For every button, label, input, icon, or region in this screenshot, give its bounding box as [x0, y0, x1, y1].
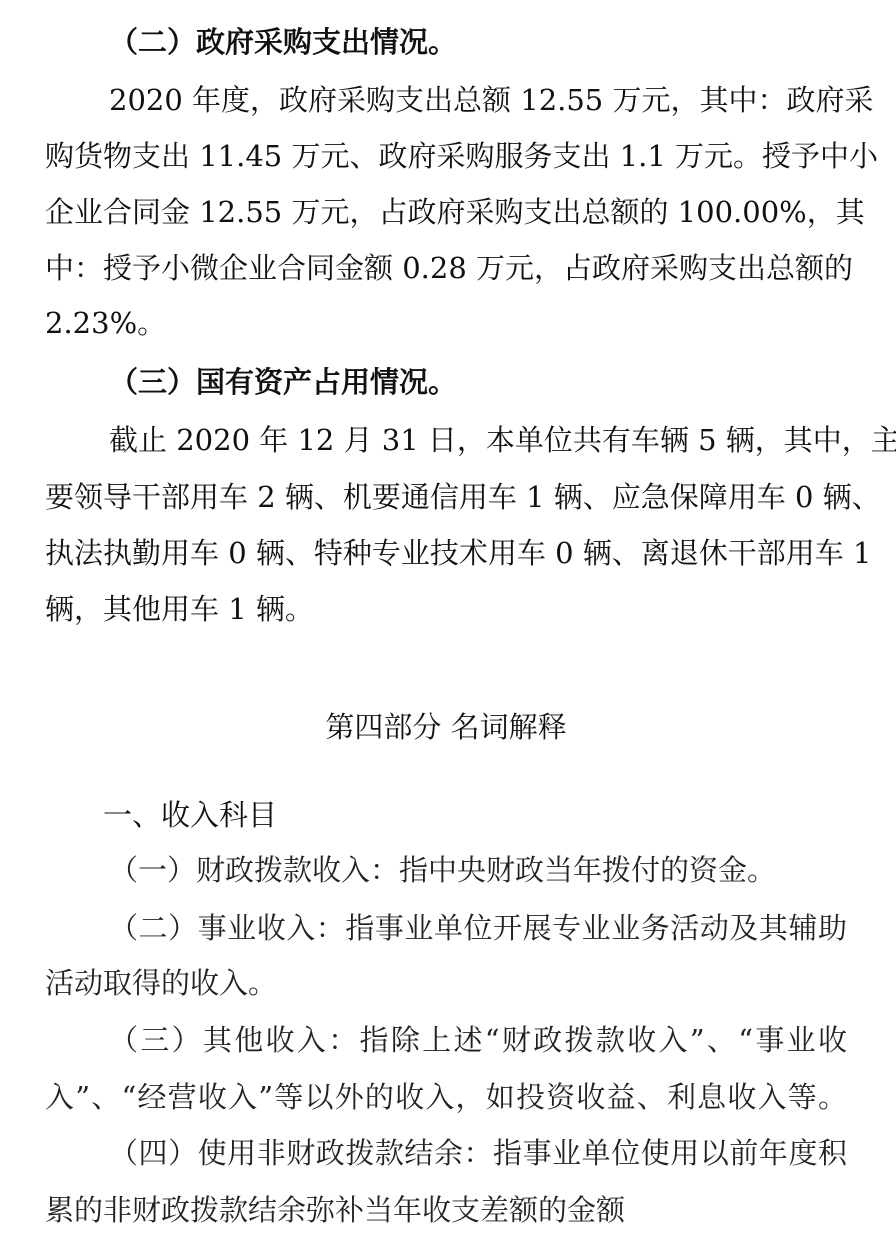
definition-line: （二）事业收入：指事业单位开展专业业务活动及其辅助 — [109, 902, 847, 954]
paragraph-line: 中：授予小微企业合同金额 0.28 万元，占政府采购支出总额的 — [45, 242, 847, 294]
part-title: 第四部分 名词解释 — [45, 701, 847, 753]
definition-line: （四）使用非财政拨款结余：指事业单位使用以前年度积 — [109, 1127, 847, 1179]
paragraph-line: 要领导干部用车 2 辆、机要通信用车 1 辆、应急保障用车 0 辆、 — [45, 471, 847, 523]
definition-line: 累的非财政拨款结余弥补当年收支差额的金额 — [45, 1184, 847, 1236]
paragraph-line: 购货物支出 11.45 万元、政府采购服务支出 1.1 万元。授予中小 — [45, 130, 847, 182]
paragraph-line: 辆，其他用车 1 辆。 — [45, 583, 847, 635]
section-heading-assets: （三）国有资产占用情况。 — [109, 356, 847, 408]
subheading-income: 一、收入科目 — [103, 789, 277, 841]
definition-line: 入”、“经营收入”等以外的收入，如投资收益、利息收入等。 — [45, 1071, 847, 1123]
section-heading-procurement: （二）政府采购支出情况。 — [109, 16, 847, 68]
paragraph-line: 企业合同金 12.55 万元，占政府采购支出总额的 100.00%，其 — [45, 186, 847, 238]
definition-line: （一）财政拨款收入：指中央财政当年拨付的资金。 — [109, 844, 847, 896]
definition-line: 活动取得的收入。 — [45, 957, 847, 1009]
paragraph-line: 执法执勤用车 0 辆、特种专业技术用车 0 辆、离退休干部用车 1 — [45, 527, 847, 579]
definition-line: （三）其他收入：指除上述“财政拨款收入”、“事业收 — [109, 1014, 847, 1066]
paragraph-line: 2.23%。 — [45, 297, 847, 349]
paragraph-line: 截止 2020 年 12 月 31 日，本单位共有车辆 5 辆，其中，主 — [109, 414, 847, 466]
paragraph-line: 2020 年度，政府采购支出总额 12.55 万元，其中：政府采 — [109, 74, 847, 126]
